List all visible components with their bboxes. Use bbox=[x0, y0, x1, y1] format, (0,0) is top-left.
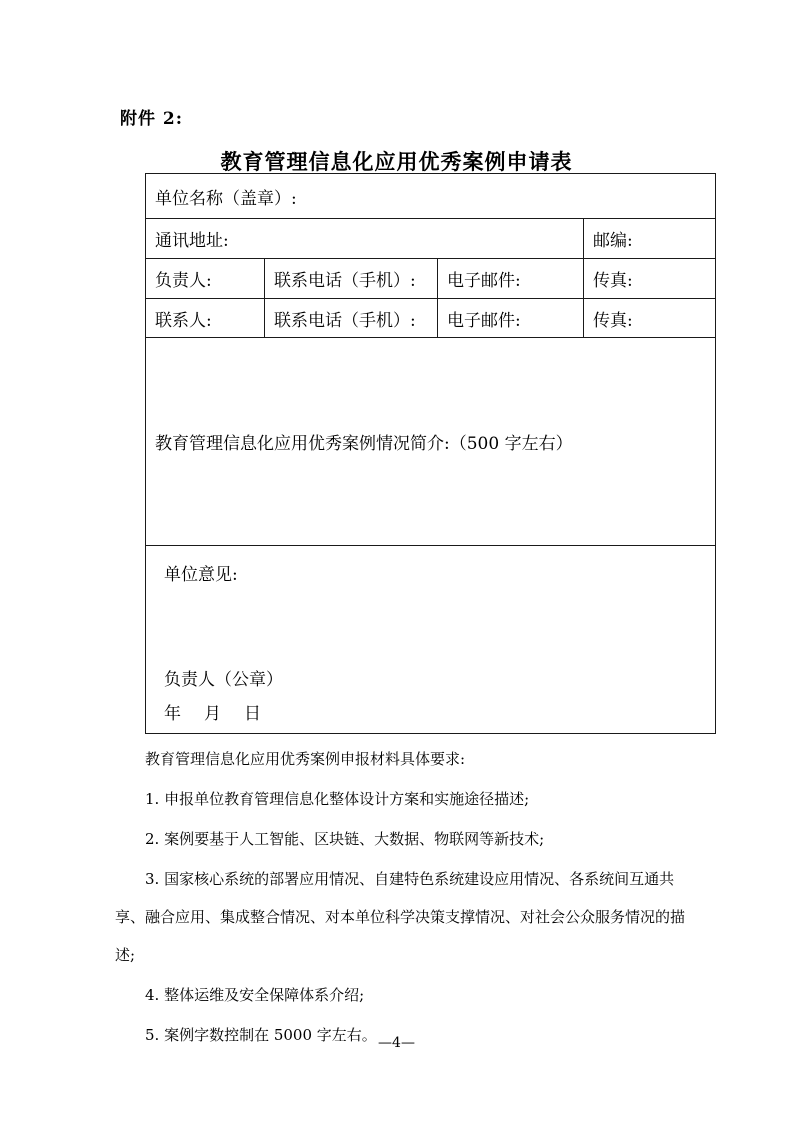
requirement-item-4: 4. 整体运维及安全保障体系介绍; bbox=[115, 976, 697, 1014]
field-email-1: 电子邮件: bbox=[438, 259, 584, 299]
field-fax-2: 传真: bbox=[584, 299, 716, 338]
field-email-2: 电子邮件: bbox=[438, 299, 584, 338]
field-unit-name: 单位名称（盖章）: bbox=[146, 174, 716, 219]
requirement-item-1: 1. 申报单位教育管理信息化整体设计方案和实施途径描述; bbox=[115, 780, 697, 818]
field-contact-phone-2: 联系电话（手机）: bbox=[265, 299, 438, 338]
requirement-item-2: 2. 案例要基于人工智能、区块链、大数据、物联网等新技术; bbox=[115, 820, 697, 858]
field-responsible-person: 负责人: bbox=[146, 259, 265, 299]
field-case-intro: 教育管理信息化应用优秀案例情况简介:（500 字左右） bbox=[146, 338, 716, 546]
table-row: 通讯地址: 邮编: bbox=[146, 219, 716, 259]
attachment-label: 附件 2: bbox=[120, 104, 183, 129]
table-row: 负责人: 联系电话（手机）: 电子邮件: 传真: bbox=[146, 259, 716, 299]
requirements-heading: 教育管理信息化应用优秀案例申报材料具体要求: bbox=[115, 740, 697, 778]
table-row: 单位意见: 负责人（公章） 年 月 日 bbox=[146, 546, 716, 734]
table-row: 教育管理信息化应用优秀案例情况简介:（500 字左右） bbox=[146, 338, 716, 546]
field-unit-opinion: 单位意见: bbox=[164, 563, 706, 587]
requirement-item-3: 3. 国家核心系统的部署应用情况、自建特色系统建设应用情况、各系统间互通共享、融… bbox=[115, 860, 697, 974]
table-row: 联系人: 联系电话（手机）: 电子邮件: 传真: bbox=[146, 299, 716, 338]
field-postal-code: 邮编: bbox=[584, 219, 716, 259]
field-fax-1: 传真: bbox=[584, 259, 716, 299]
field-unit-opinion-cell: 单位意见: 负责人（公章） 年 月 日 bbox=[146, 546, 716, 734]
signature-line: 负责人（公章） bbox=[164, 668, 706, 692]
unit-opinion-block: 单位意见: 负责人（公章） 年 月 日 bbox=[155, 547, 715, 732]
field-address: 通讯地址: bbox=[146, 219, 584, 259]
document-page: 附件 2: 教育管理信息化应用优秀案例申请表 单位名称（盖章）: 通讯地址: 邮… bbox=[0, 0, 793, 1122]
requirements-section: 教育管理信息化应用优秀案例申报材料具体要求: 1. 申报单位教育管理信息化整体设… bbox=[115, 740, 697, 1056]
date-line: 年 月 日 bbox=[164, 702, 706, 726]
application-form-table: 单位名称（盖章）: 通讯地址: 邮编: 负责人: 联系电话（手机）: 电子邮件:… bbox=[145, 173, 716, 734]
page-title: 教育管理信息化应用优秀案例申请表 bbox=[0, 146, 793, 176]
table-row: 单位名称（盖章）: bbox=[146, 174, 716, 219]
field-contact-person: 联系人: bbox=[146, 299, 265, 338]
field-contact-phone-1: 联系电话（手机）: bbox=[265, 259, 438, 299]
page-number: —4— bbox=[0, 1035, 793, 1051]
